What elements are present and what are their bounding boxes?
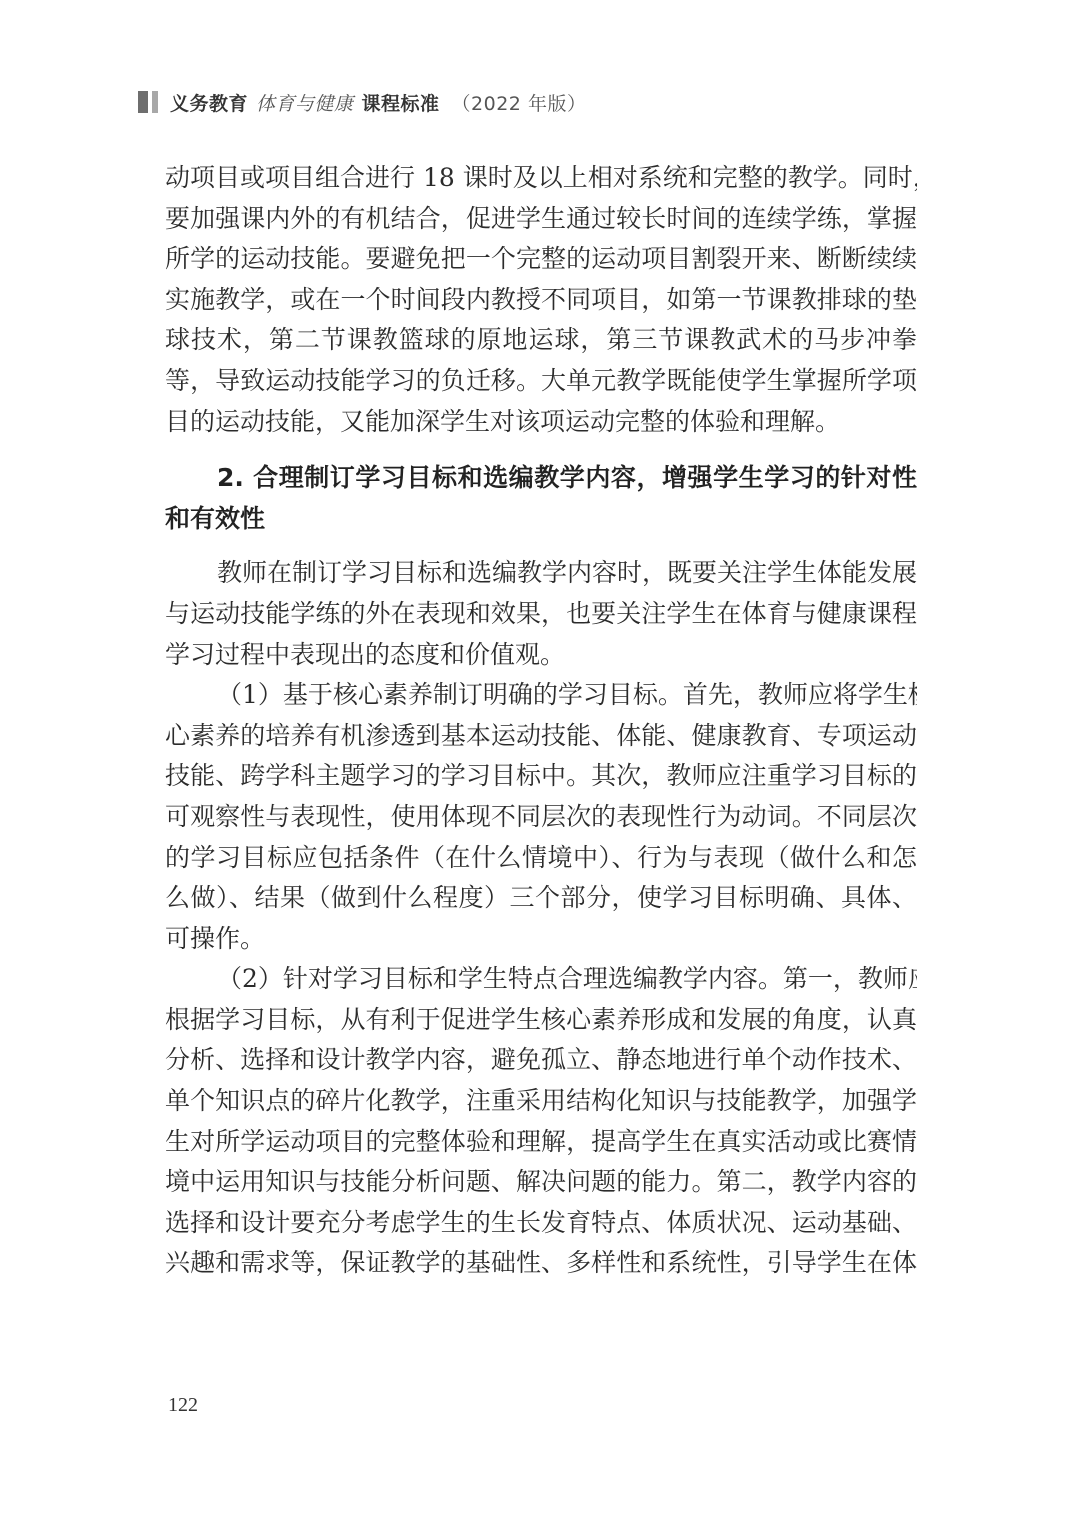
header-edition: （2022 年版） [452, 93, 587, 115]
header-bar-light [152, 91, 158, 113]
text-line: 目的运动技能，又能加深学生对该项运动完整的体验和理解。 [165, 402, 917, 443]
text-line: 实施教学，或在一个时间段内教授不同项目，如第一节课教排球的垫 [165, 280, 917, 321]
section-heading: 2. 合理制订学习目标和选编教学内容，增强学生学习的针对性 和有效性 [165, 458, 917, 539]
text-line: 等，导致运动技能学习的负迁移。大单元教学既能使学生掌握所学项 [165, 361, 917, 402]
header-title-part2: 课程标准 [362, 93, 440, 115]
text-line: 的学习目标应包括条件（在什么情境中）、行为与表现（做什么和怎 [165, 838, 917, 879]
heading-line: 和有效性 [165, 499, 917, 540]
text-line: 单个知识点的碎片化教学，注重采用结构化知识与技能教学，加强学 [165, 1081, 917, 1122]
text-line: （2）针对学习目标和学生特点合理选编教学内容。第一，教师应 [165, 959, 917, 1000]
text-line: 生对所学运动项目的完整体验和理解，提高学生在真实活动或比赛情 [165, 1122, 917, 1163]
text-line: 与运动技能学练的外在表现和效果，也要关注学生在体育与健康课程 [165, 594, 917, 635]
text-line: 可观察性与表现性，使用体现不同层次的表现性行为动词。不同层次 [165, 797, 917, 838]
text-line: 要加强课内外的有机结合，促进学生通过较长时间的连续学练，掌握 [165, 199, 917, 240]
paragraph-2: 教师在制订学习目标和选编教学内容时，既要关注学生体能发展 与运动技能学练的外在表… [165, 553, 917, 675]
text-line: 所学的运动技能。要避免把一个完整的运动项目割裂开来、断断续续 [165, 239, 917, 280]
text-line: （1）基于核心素养制订明确的学习目标。首先，教师应将学生核 [165, 675, 917, 716]
text-line: 技能、跨学科主题学习的学习目标中。其次，教师应注重学习目标的 [165, 756, 917, 797]
header-title: 义务教育体育与健康课程标准（2022 年版） [170, 89, 586, 116]
heading-line: 2. 合理制订学习目标和选编教学内容，增强学生学习的针对性 [165, 458, 917, 499]
text-line: 动项目或项目组合进行 18 课时及以上相对系统和完整的教学。同时， [165, 158, 917, 199]
header-title-italic: 体育与健康 [256, 93, 354, 115]
text-line: 心素养的培养有机渗透到基本运动技能、体能、健康教育、专项运动 [165, 716, 917, 757]
text-line: 学习过程中表现出的态度和价值观。 [165, 635, 917, 676]
paragraph-1: 动项目或项目组合进行 18 课时及以上相对系统和完整的教学。同时， 要加强课内外… [165, 158, 917, 442]
text-line: 选择和设计要充分考虑学生的生长发育特点、体质状况、运动基础、 [165, 1203, 917, 1244]
text-line: 球技术，第二节课教篮球的原地运球，第三节课教武术的马步冲拳 [165, 320, 917, 361]
page-number: 122 [168, 1394, 198, 1417]
text-line: 兴趣和需求等，保证教学的基础性、多样性和系统性，引导学生在体 [165, 1243, 917, 1284]
text-line: 分析、选择和设计教学内容，避免孤立、静态地进行单个动作技术、 [165, 1040, 917, 1081]
header-bar-icon [138, 91, 158, 113]
text-line: 么做）、结果（做到什么程度）三个部分，使学习目标明确、具体、 [165, 878, 917, 919]
header-title-part1: 义务教育 [170, 93, 248, 115]
paragraph-3: （1）基于核心素养制订明确的学习目标。首先，教师应将学生核 心素养的培养有机渗透… [165, 675, 917, 959]
text-line: 教师在制订学习目标和选编教学内容时，既要关注学生体能发展 [165, 553, 917, 594]
header-bar-dark [138, 91, 148, 113]
text-line: 可操作。 [165, 919, 917, 960]
paragraph-4: （2）针对学习目标和学生特点合理选编教学内容。第一，教师应 根据学习目标，从有利… [165, 959, 917, 1284]
text-line: 根据学习目标，从有利于促进学生核心素养形成和发展的角度，认真 [165, 1000, 917, 1041]
running-header: 义务教育体育与健康课程标准（2022 年版） [138, 89, 586, 115]
text-line: 境中运用知识与技能分析问题、解决问题的能力。第二，教学内容的 [165, 1162, 917, 1203]
page-body: 动项目或项目组合进行 18 课时及以上相对系统和完整的教学。同时， 要加强课内外… [165, 158, 917, 1284]
